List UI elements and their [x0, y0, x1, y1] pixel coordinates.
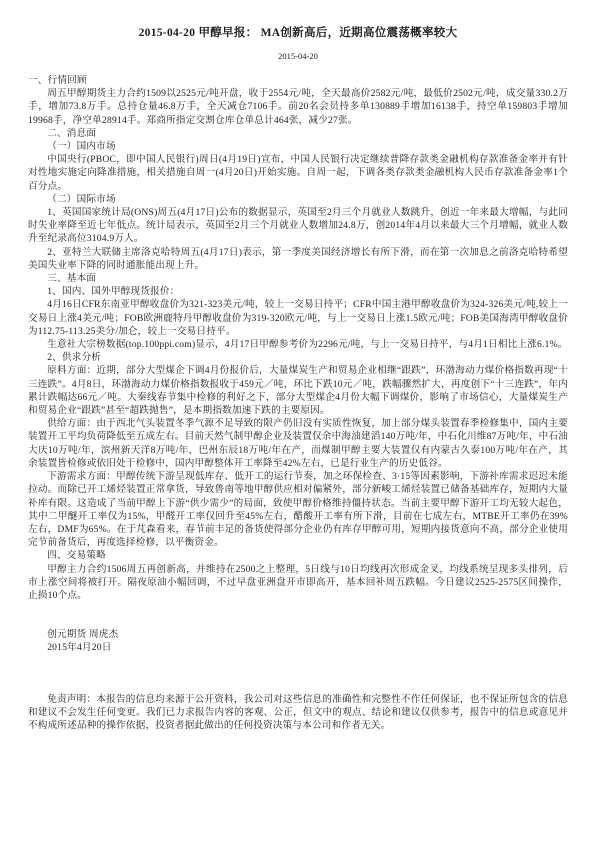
report-date: 2015-04-20 [28, 51, 568, 61]
para-international-2: 2、亚特兰大联储主席洛克哈特周五(4月17日)表示，第一季度美国经济增长有所下滑… [28, 246, 568, 272]
para-spot-quotes-international: 4月16日CFR东南亚甲醇收盘价为321-323美元/吨，较上一交易日持平；CF… [28, 298, 568, 338]
report-title: 2015-04-20 甲醇早报： MA创新高后，近期高位震荡概率较大 [28, 26, 568, 40]
para-international-1: 1、英国国家统计局(ONS)周五(4月17日)公布的数据显示，英国至2月三个月就… [28, 206, 568, 246]
para-trading-strategy: 甲醇主力合约1506周五再创新高，并维持在2500之上整理，5日线与10日均线再… [28, 563, 568, 603]
report-page: 2015-04-20 甲醇早报： MA创新高后，近期高位震荡概率较大 2015-… [0, 0, 595, 842]
signature-block: 创元期货 周虎杰 2015年4月20日 [28, 628, 568, 654]
heading-supply-demand: 2、供求分析 [28, 351, 568, 364]
disclaimer-text: 免责声明：本报告的信息均来源于公开资料，我公司对这些信息的准确性和完整性不作任何… [28, 693, 568, 733]
heading-market-review: 一、行情回顾 [28, 74, 568, 87]
heading-news: 二、消息面 [28, 127, 568, 140]
heading-spot-quotes: 1、国内、国外甲醇现货报价： [28, 285, 568, 298]
para-raw-material: 原料方面：近期，部分大型煤企下调4月份报价后，大量煤炭生产和贸易企业相继“跟跌”… [28, 364, 568, 417]
signature-date: 2015年4月20日 [28, 641, 568, 654]
heading-trading-strategy: 四、交易策略 [28, 549, 568, 562]
heading-domestic-market: （一）国内市场 [28, 140, 568, 153]
para-domestic-market: 中国央行(PBOC，即中国人民银行)周日(4月19日)宣布，中国人民银行决定继续… [28, 153, 568, 193]
para-market-review: 周五甲醇期货主力合约1509以2525元/吨开盘，收于2554元/吨，全天最高价… [28, 87, 568, 127]
para-downstream-demand: 下游需求方面：甲醇传统下游呈现低库存、低开工的运行节奏，加之环保检查、3·15等… [28, 470, 568, 549]
heading-international-market: （二）国际市场 [28, 193, 568, 206]
disclaimer-section: 免责声明：本报告的信息均来源于公开资料，我公司对这些信息的准确性和完整性不作任何… [28, 693, 568, 733]
para-spot-quotes-domestic: 生意社大宗榜数据(top.100ppi.com)显示，4月17日甲醇参考价为22… [28, 338, 568, 351]
para-supply: 供给方面：由于西北气头装置冬季气源不足导致的限产仍旧没有实质性恢复，加上部分煤头… [28, 417, 568, 470]
signature-author: 创元期货 周虎杰 [28, 628, 568, 641]
heading-fundamentals: 三、基本面 [28, 272, 568, 285]
report-body: 一、行情回顾 周五甲醇期货主力合约1509以2525元/吨开盘，收于2554元/… [28, 74, 568, 602]
